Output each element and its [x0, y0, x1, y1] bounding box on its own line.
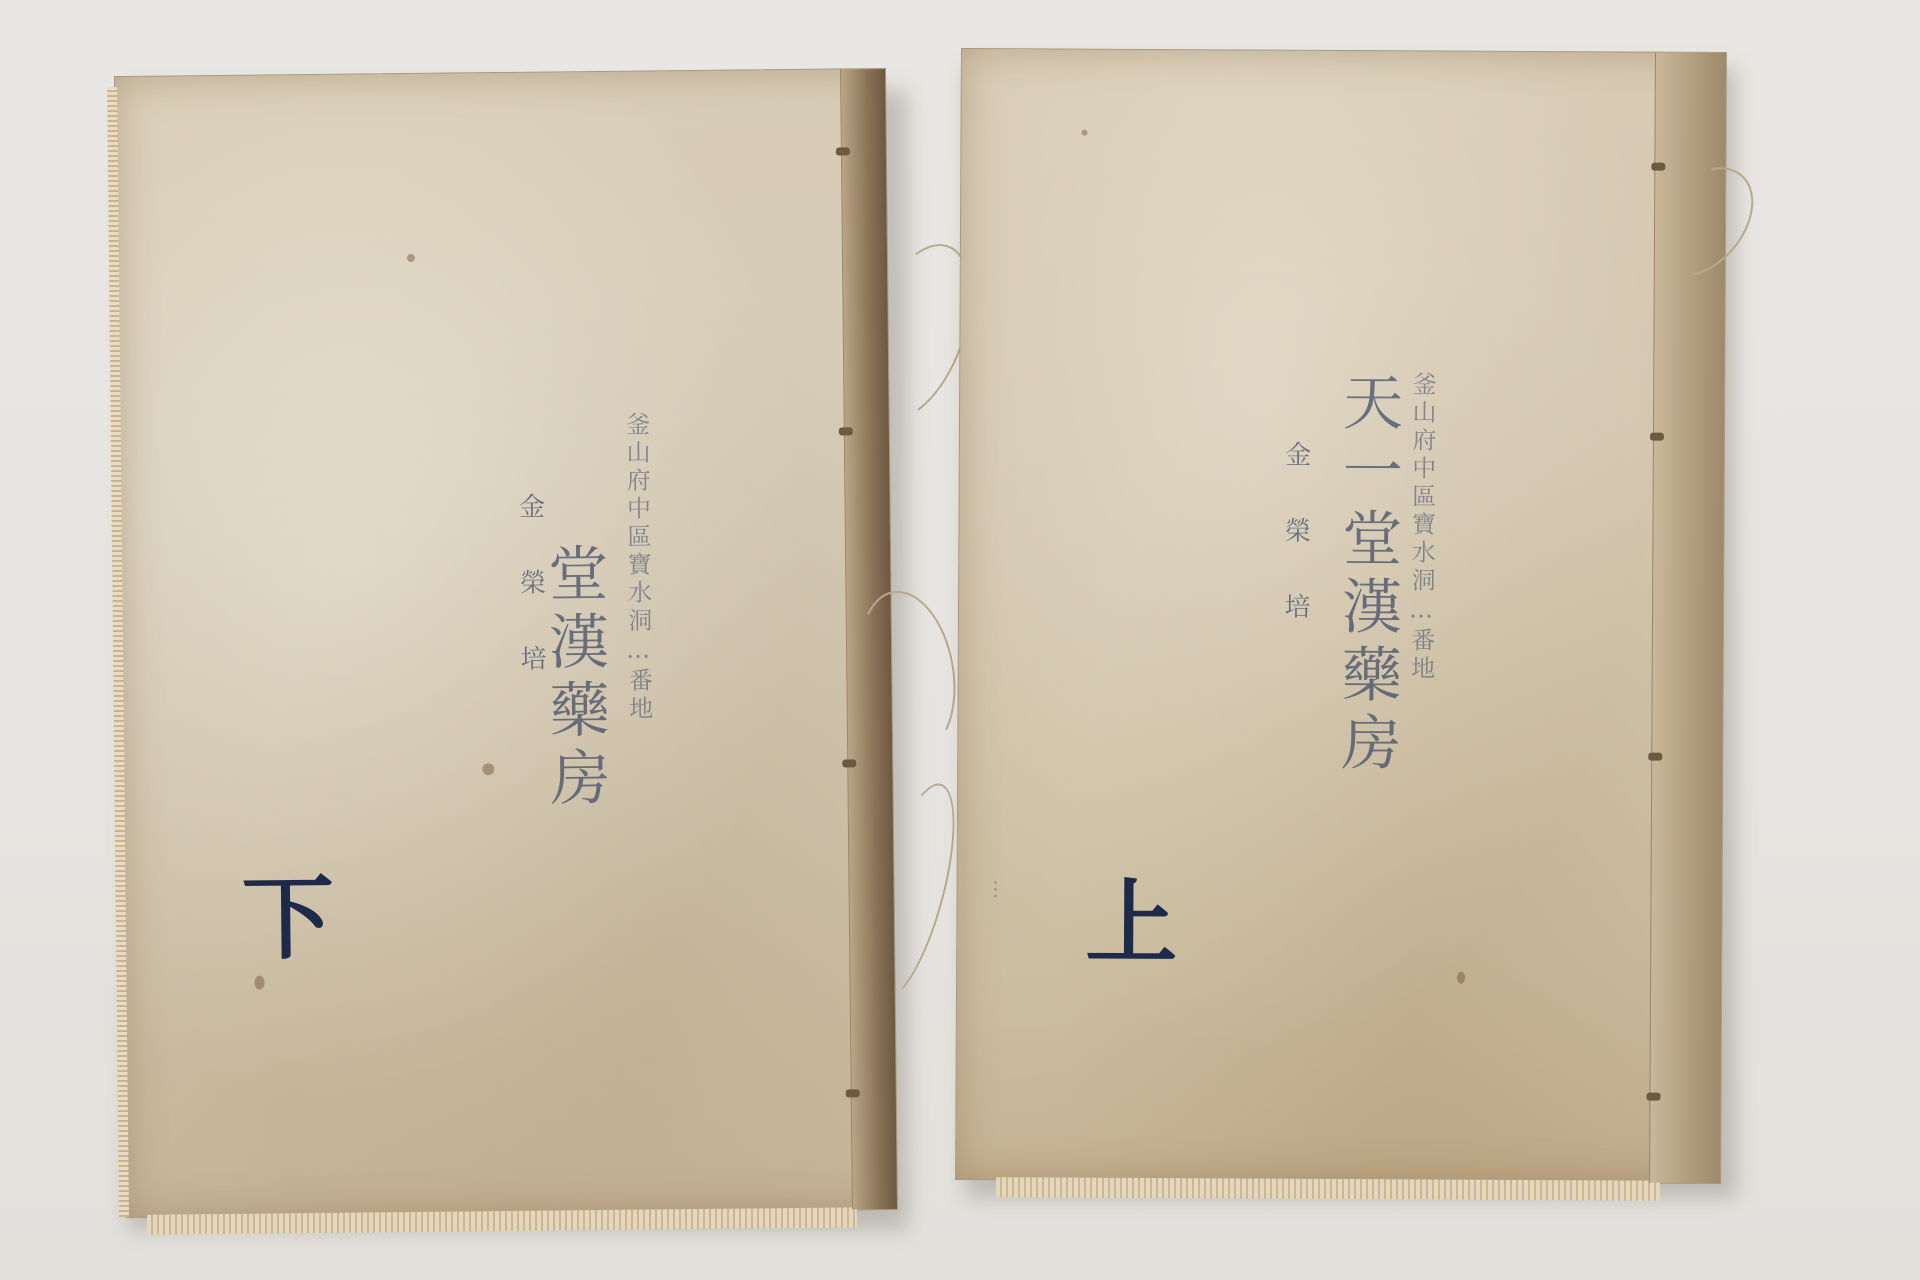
binding-stitch [1650, 433, 1664, 441]
volume-mark-upper: 上 [1085, 850, 1178, 982]
bottom-page-edge [147, 1207, 857, 1234]
binding-stitch [842, 759, 856, 767]
owner-name-stamp: 金榮培 [511, 493, 550, 721]
binding-stitch [846, 1089, 860, 1097]
stain [407, 254, 415, 262]
stain [254, 976, 264, 990]
photo-scene: 釜山府中區寶水洞…番地 堂漢藥房 金榮培 下 釜山府中區寶水洞…番地 天一堂漢藥… [0, 0, 1920, 1280]
stain [1457, 972, 1465, 984]
address-stamp: 釜山府中區寶水洞…番地 [619, 411, 657, 723]
handwritten-note: … [989, 879, 1014, 1059]
binding-stitch [836, 147, 850, 155]
owner-name-stamp: 金榮培 [1277, 441, 1315, 669]
binding-stitch [1646, 1093, 1660, 1101]
book-volume-lower: 釜山府中區寶水洞…番地 堂漢藥房 金榮培 下 [114, 68, 898, 1218]
book-volume-upper: 釜山府中區寶水洞…番地 天一堂漢藥房 金榮培 上 … [955, 48, 1727, 1184]
shop-name-stamp: 天一堂漢藥房 [1323, 371, 1411, 779]
binding-stitch [1648, 753, 1662, 761]
binding-stitch [839, 427, 853, 435]
bottom-page-edge [996, 1177, 1660, 1200]
stain [1082, 130, 1088, 136]
stain [482, 763, 494, 775]
binding-stitch [1651, 163, 1665, 171]
volume-mark-lower: 下 [241, 845, 334, 978]
page-edge [107, 87, 129, 1217]
